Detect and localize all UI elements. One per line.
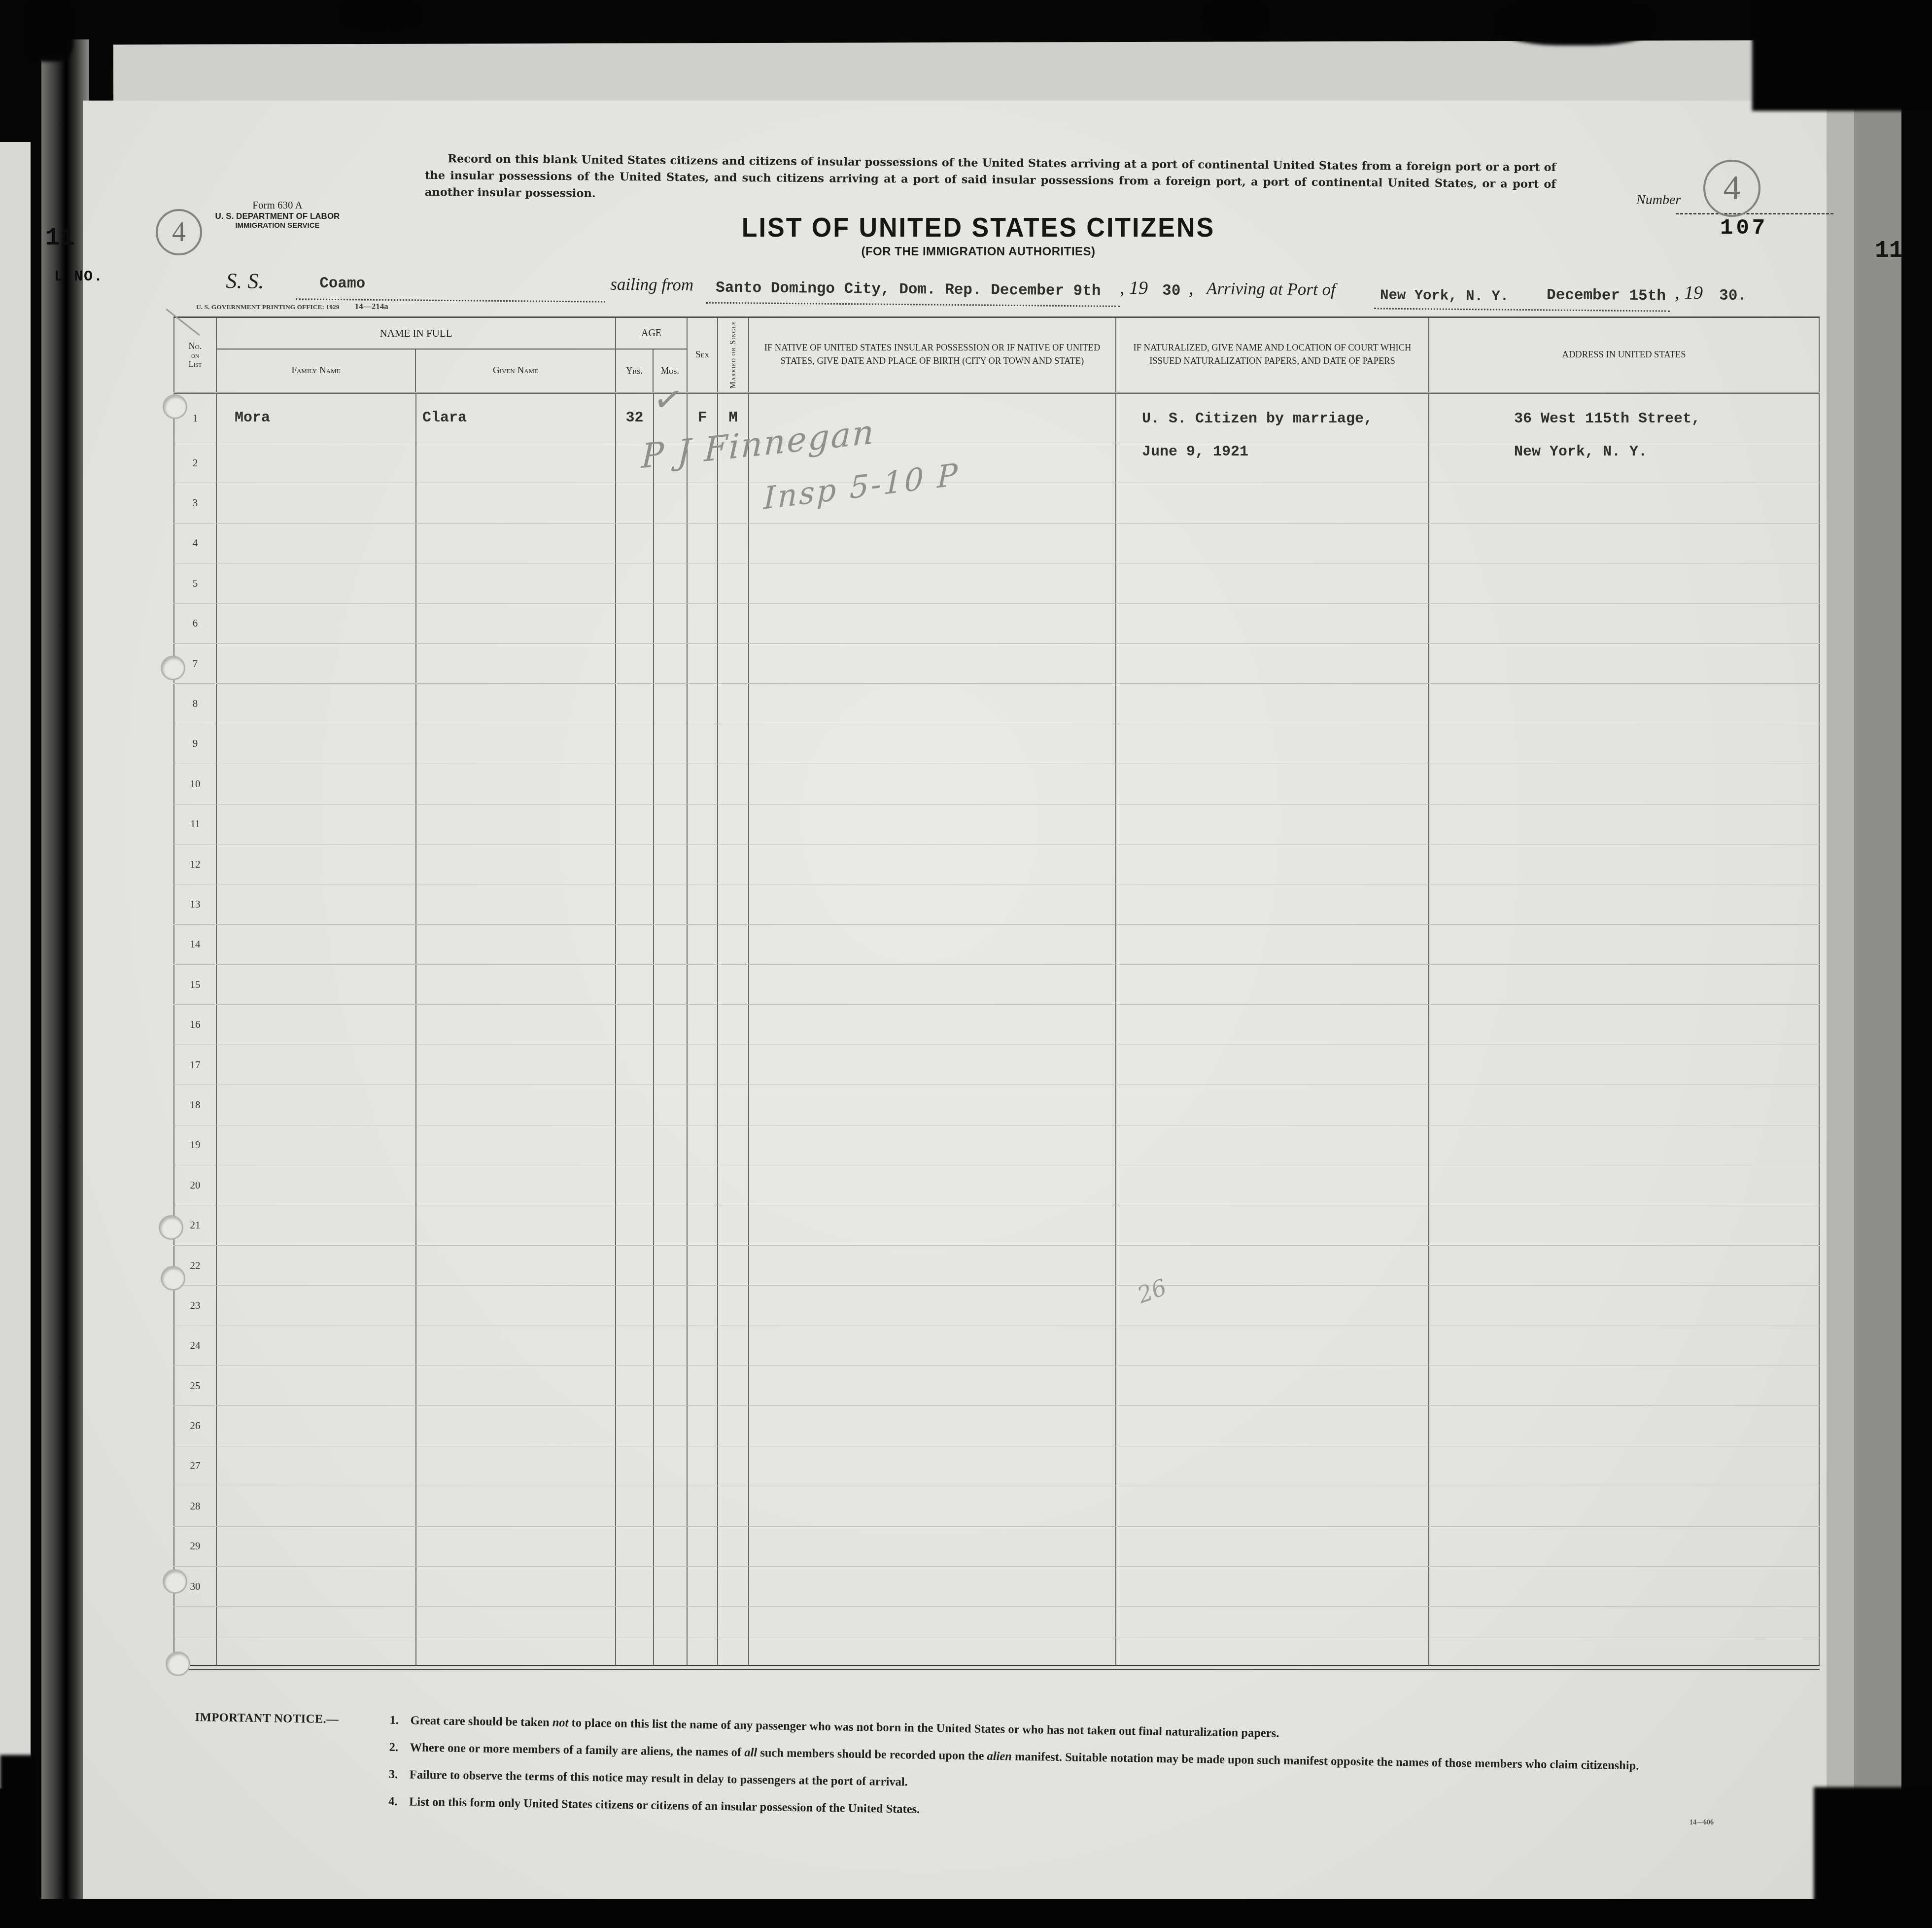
table-row: 10 [173, 764, 1820, 804]
arrival-year: 30. [1719, 287, 1747, 304]
table-row: 27 [173, 1446, 1820, 1486]
col-header-married-single: Married or Single [718, 318, 749, 392]
typed-entry: Clara [416, 402, 467, 435]
sailing-year: 30 [1162, 282, 1181, 300]
row-number: 17 [190, 1059, 201, 1071]
year-prefix-sailing: , 19 [1120, 277, 1148, 299]
hole-punch [163, 394, 187, 419]
table-row: 21 [173, 1205, 1820, 1245]
row-number: 25 [190, 1380, 201, 1392]
row-number: 3 [193, 497, 198, 509]
table-row: 11 [173, 805, 1820, 844]
row-number: 16 [190, 1018, 201, 1031]
table-row: 26 [173, 1406, 1820, 1446]
print-code-top: 14—214a [341, 302, 388, 311]
printing-office-line: U. S. GOVERNMENT PRINTING OFFICE: 1929 1… [196, 302, 388, 312]
table-row: 28 [173, 1486, 1820, 1526]
row-number: 11 [190, 818, 200, 830]
scanned-manifest-page: 11 L NO. 11 Form 630 A U. S. DEPARTMENT … [0, 0, 1932, 1928]
col-header-given-name: Given Name [416, 350, 615, 392]
col-header-name-group: NAME IN FULL Family Name Given Name [217, 318, 616, 392]
row-number: 29 [190, 1540, 201, 1552]
row-number: 2 [193, 457, 198, 469]
notice-item-number: 4. [388, 1788, 410, 1816]
page-edge-underlay [0, 142, 31, 1788]
row-number: 18 [190, 1099, 201, 1111]
hole-punch [166, 1651, 190, 1676]
row-number: 5 [193, 577, 198, 590]
row-number: 21 [190, 1219, 201, 1231]
row-number: 7 [193, 658, 198, 670]
row-number: 8 [193, 698, 198, 710]
table-row: 12 [173, 844, 1820, 884]
typed-entry: Mora [217, 402, 270, 435]
table-row: 4 [173, 524, 1820, 563]
typed-entry-multiline: U. S. Citizen by marriage,June 9, 1921 [1116, 403, 1373, 469]
row-number: 20 [190, 1179, 201, 1192]
table-row: 22 [173, 1246, 1820, 1286]
notice-item-number: 3. [389, 1761, 410, 1788]
row-number: 23 [190, 1299, 201, 1312]
hole-punch [159, 1215, 183, 1240]
table-body: 1MoraClara32FMU. S. Citizen by marriage,… [173, 394, 1820, 1665]
comma: , [1189, 278, 1194, 299]
col-header-sex: Sex [688, 318, 718, 392]
scan-artifact [0, 1899, 1932, 1928]
table-row: 8 [173, 684, 1820, 724]
table-row: 1MoraClara32FMU. S. Citizen by marriage,… [173, 394, 1820, 443]
typed-entry: F [698, 402, 707, 435]
row-number: 10 [190, 778, 201, 790]
ss-label: S. S. [226, 268, 264, 294]
row-number: 19 [190, 1139, 201, 1151]
table-row: 7 [173, 644, 1820, 684]
table-row-unnumbered [173, 1638, 1820, 1665]
arrival-date: December 15th [1547, 286, 1666, 305]
col-header-yrs: Yrs. [616, 350, 654, 392]
table-row: 18 [173, 1085, 1820, 1125]
table-row: 24 [173, 1326, 1820, 1366]
manifest-table: No. on List NAME IN FULL Family Name Giv… [173, 316, 1820, 1670]
notice-item-number: 1. [389, 1707, 411, 1734]
table-bottom-rule [173, 1665, 1820, 1670]
col-header-naturalized: IF NATURALIZED, GIVE NAME AND LOCATION O… [1116, 318, 1429, 392]
typed-entry-multiline: 36 West 115th Street,New York, N. Y. [1429, 403, 1700, 469]
year-prefix-arrival: , 19 [1675, 282, 1703, 304]
hole-punch [161, 1266, 185, 1291]
page-curl-edge [1827, 101, 1854, 1901]
row-number: 15 [190, 979, 201, 991]
table-row: 5 [173, 563, 1820, 603]
sailing-from-label: sailing from [610, 275, 693, 295]
table-row: 20 [173, 1165, 1820, 1205]
table-row: 25 [173, 1366, 1820, 1406]
notice-label: IMPORTANT NOTICE.— [195, 1704, 390, 1734]
row-number: 13 [190, 898, 201, 911]
row-number: 6 [193, 617, 198, 630]
table-row: 3 [173, 483, 1820, 523]
row-number: 1 [193, 412, 198, 424]
hole-punch [161, 656, 185, 680]
arriving-label: Arriving at Port of [1207, 279, 1336, 299]
table-row: 30 [173, 1567, 1820, 1607]
row-number: 26 [190, 1420, 201, 1432]
table-row: 14 [173, 925, 1820, 965]
row-number: 27 [190, 1460, 201, 1472]
row-number: 9 [193, 737, 198, 750]
print-code-bottom: 14—606 [1690, 1819, 1714, 1827]
typed-entry: 32 [625, 402, 643, 435]
table-header-row: No. on List NAME IN FULL Family Name Giv… [173, 318, 1820, 394]
table-row: 23 [173, 1286, 1820, 1326]
col-header-no: No. on List [173, 318, 217, 392]
row-number: 24 [190, 1339, 201, 1352]
table-row: 13 [173, 884, 1820, 924]
col-header-family-name: Family Name [217, 350, 416, 392]
table-row: 15 [173, 965, 1820, 1005]
row-number: 4 [193, 537, 198, 549]
printing-office: U. S. GOVERNMENT PRINTING OFFICE: 1929 [196, 303, 339, 311]
col-header-address: ADDRESS IN UNITED STATES [1429, 318, 1820, 392]
ship-name: Coamo [319, 275, 365, 293]
row-number: 30 [190, 1580, 201, 1593]
hole-punch [163, 1569, 187, 1594]
notice-italic-word: all [744, 1746, 757, 1759]
table-row: 9 [173, 724, 1820, 764]
table-row: 19 [173, 1125, 1820, 1165]
table-row-unnumbered [173, 1607, 1820, 1638]
row-number: 22 [190, 1260, 201, 1272]
notice-italic-word: alien [987, 1750, 1012, 1763]
notice-item-number: 2. [389, 1734, 410, 1761]
notice-italic-word: not [552, 1716, 569, 1729]
table-row: 17 [173, 1045, 1820, 1085]
table-row: 6 [173, 604, 1820, 644]
col-header-birth: IF NATIVE OF UNITED STATES INSULAR POSSE… [749, 318, 1116, 392]
sailing-from-value: Santo Domingo City, Dom. Rep. December 9… [716, 280, 1101, 300]
arriving-port: New York, N. Y. [1380, 287, 1509, 304]
row-number: 12 [190, 858, 201, 871]
row-number: 28 [190, 1500, 201, 1512]
table-row: 29 [173, 1527, 1820, 1567]
row-number: 14 [190, 938, 201, 950]
table-row: 16 [173, 1005, 1820, 1045]
